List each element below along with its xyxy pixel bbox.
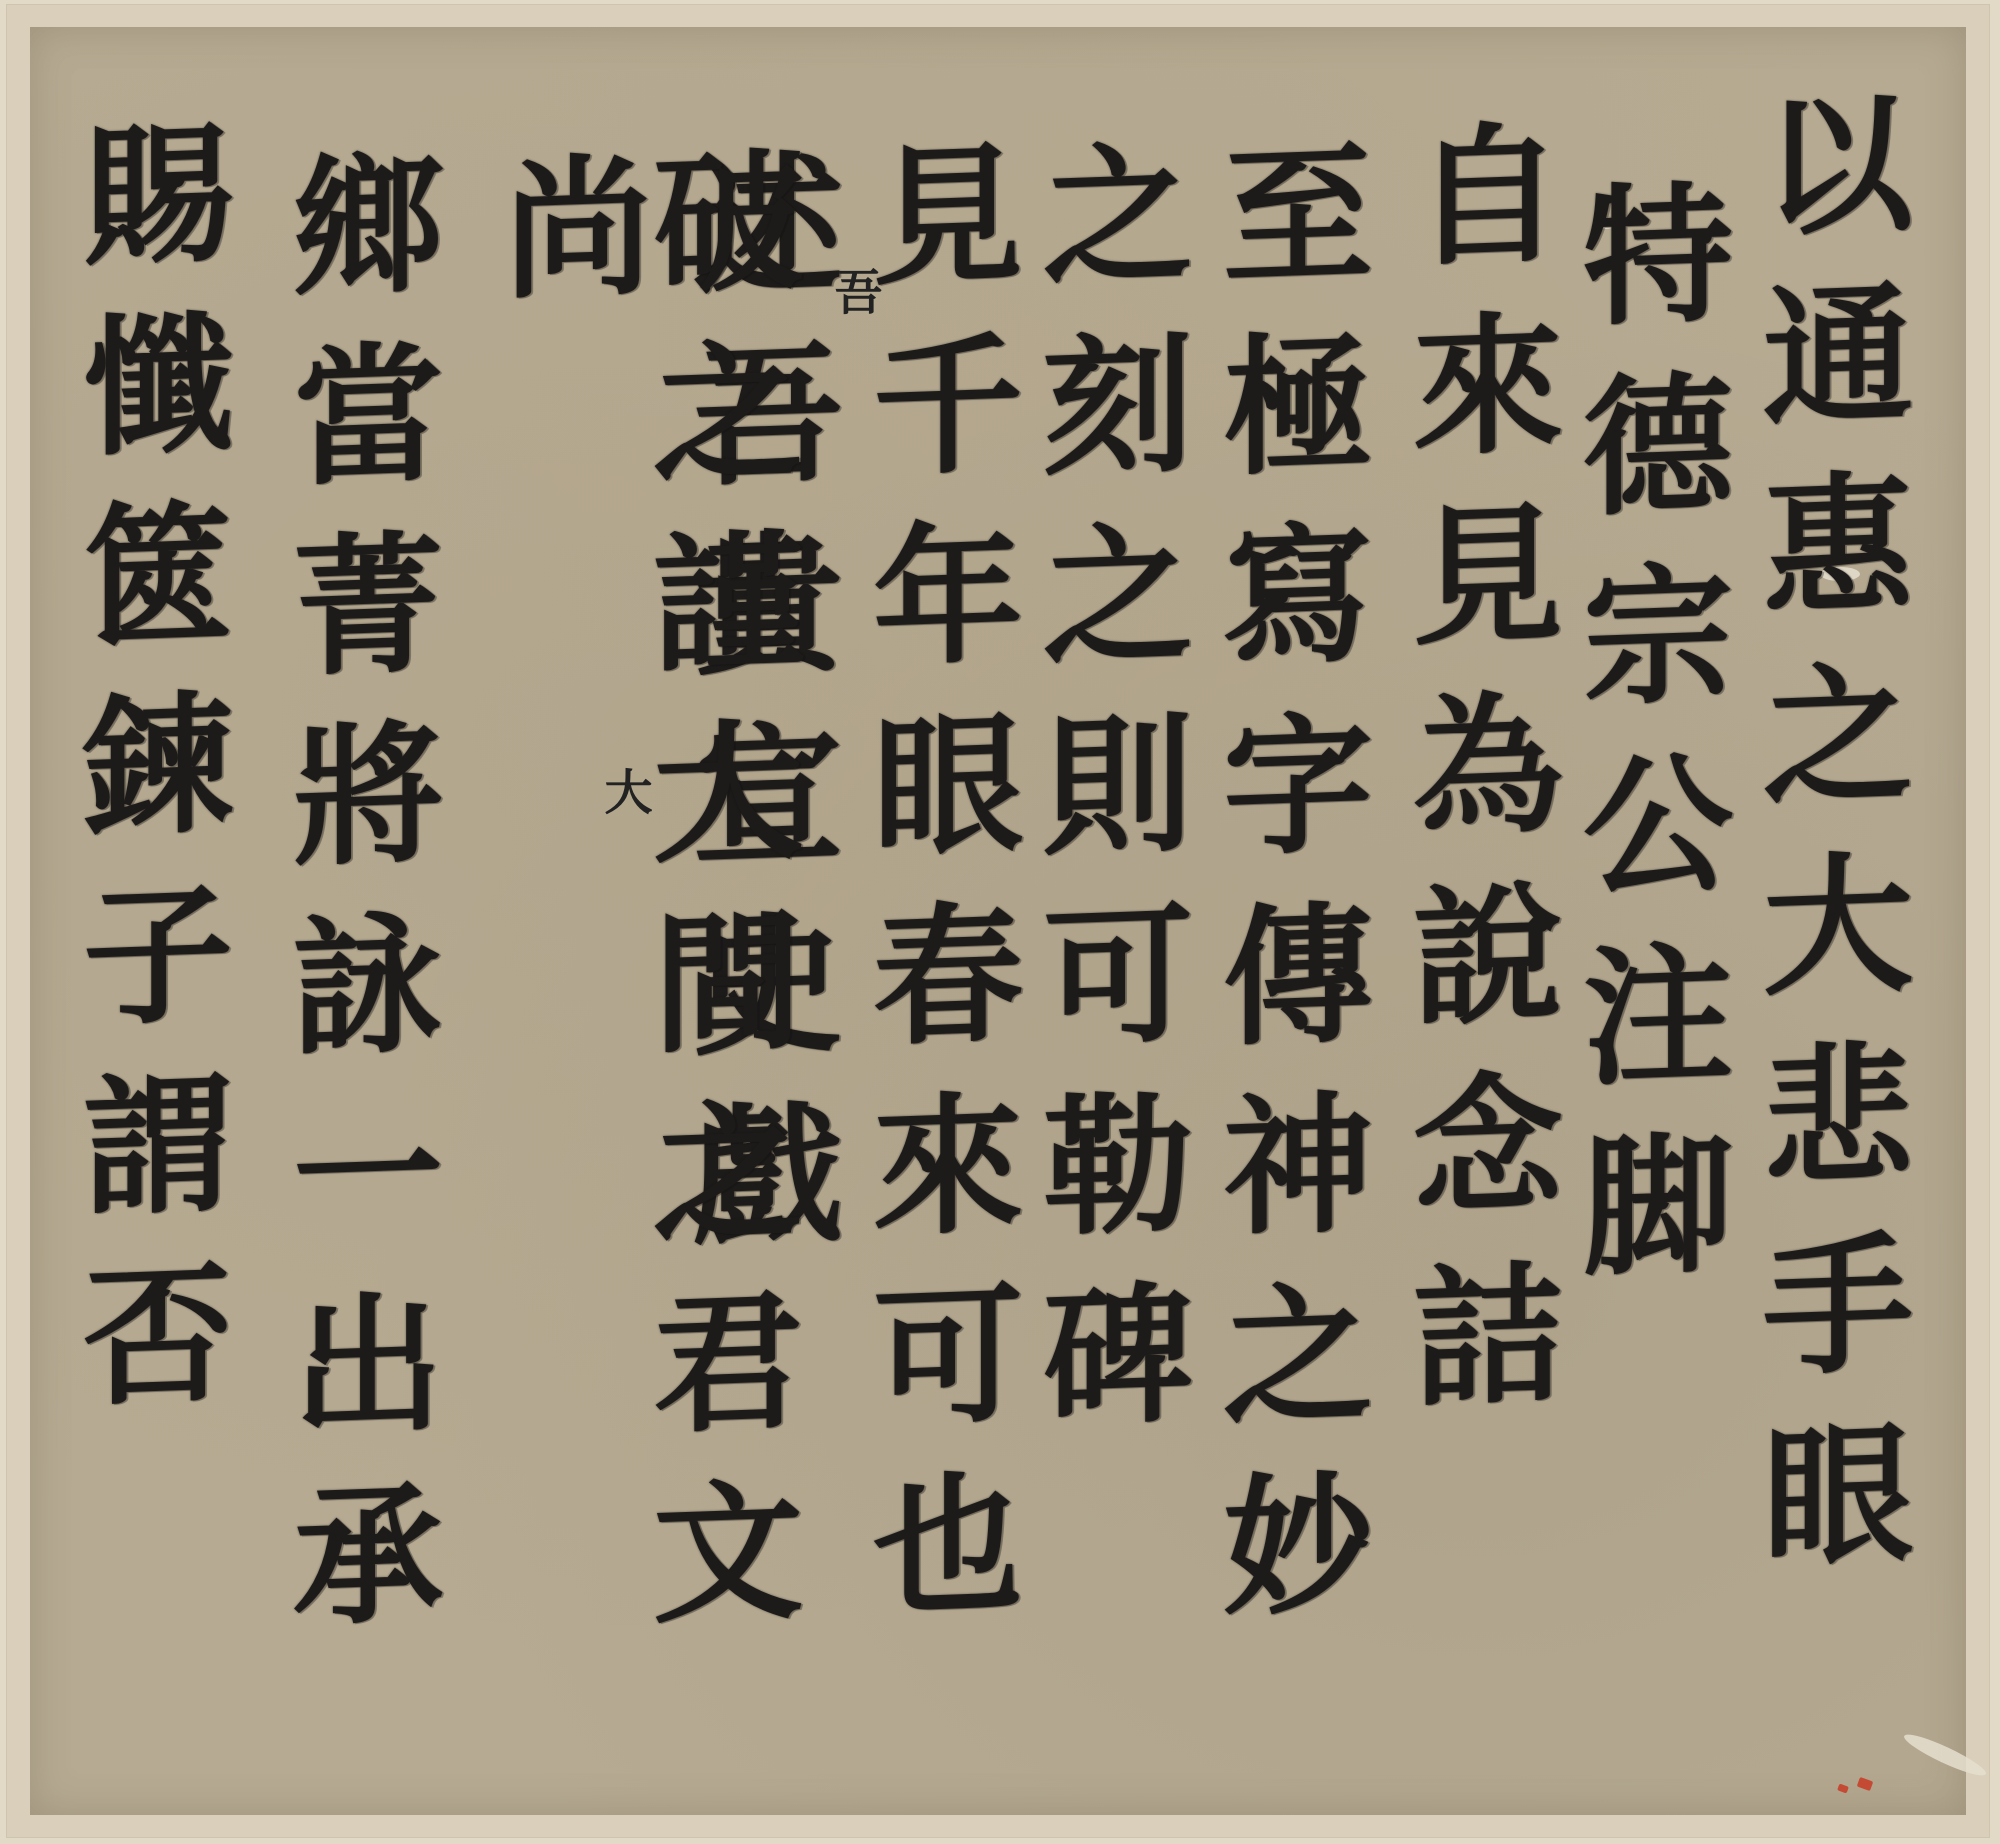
calligraphy-column-6: 見千年眼春來可也 — [860, 134, 1010, 1659]
calligraphy-column-2: 特德宗公注脚 — [1570, 174, 1720, 1319]
calligraphy-column-5: 之刻之則可勒碑 — [1030, 134, 1180, 1469]
calligraphy-column-8: 破之謹大間之君文尚 — [490, 142, 790, 1820]
calligraphy-column-4: 至極寫字傳神之妙 — [1210, 134, 1360, 1659]
calligraphy-column-1: 以通惠之大悲手眼 — [1750, 84, 1900, 1609]
calligraphy-paper: 以通惠之大悲手眼 特德宗公注脚 自來見為說念詰 至極寫字傳神之妙 之刻之則可勒碑… — [30, 27, 1966, 1815]
calligraphy-column-10: 賜懺篋鍊子謂否 — [70, 114, 220, 1449]
paper-damage-spot — [1901, 1729, 1989, 1782]
small-annotation: 吾 — [820, 267, 889, 315]
small-annotation: 大 — [590, 767, 659, 815]
calligraphy-column-9: 鄉當菁將詠一出承 — [280, 144, 430, 1669]
calligraphy-column-3: 自來見為說念詰 — [1400, 114, 1550, 1449]
red-seal-mark — [1857, 1777, 1874, 1791]
scroll-mount: 以通惠之大悲手眼 特德宗公注脚 自來見為說念詰 至極寫字傳神之妙 之刻之則可勒碑… — [0, 0, 2000, 1844]
red-seal-mark — [1837, 1784, 1849, 1794]
